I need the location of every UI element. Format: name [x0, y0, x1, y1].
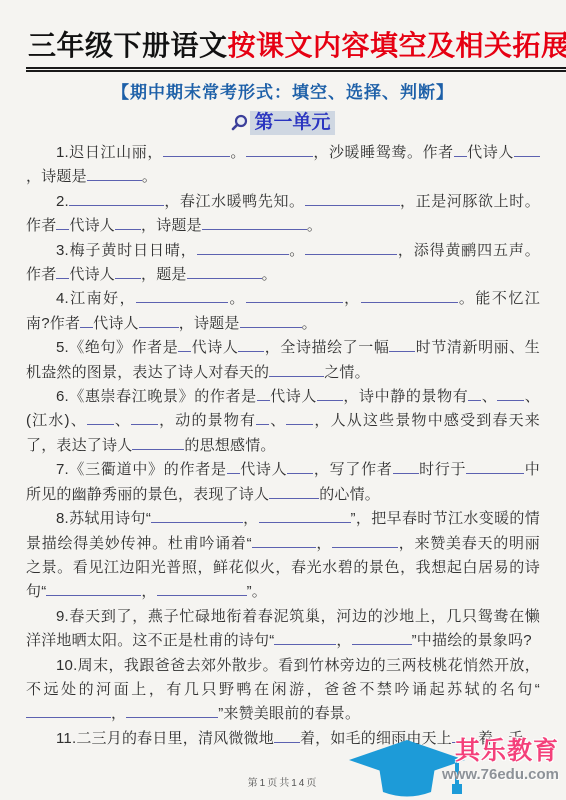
question-text: ，春江水暖鸭先知。	[164, 193, 305, 210]
fill-blank	[352, 631, 412, 645]
question-text: 的思想感情。	[184, 437, 275, 454]
fill-blank	[246, 143, 313, 157]
question-item: 10.周末，我跟爸爸去郊外散步。看到竹林旁边的三两枝桃花悄然开放，不远处的河面上…	[26, 654, 540, 727]
fill-blank	[131, 411, 158, 425]
question-text: ，	[336, 632, 351, 649]
fill-blank	[202, 216, 307, 230]
fill-blank	[389, 338, 415, 352]
fill-blank	[151, 509, 243, 523]
fill-blank	[361, 289, 458, 303]
question-text: 。	[307, 217, 322, 234]
question-text: 2.	[56, 193, 69, 210]
question-item: 7.《三衢道中》的作者是代诗人，写了作者时行于中所见的幽静秀丽的景色，表现了诗人…	[26, 458, 540, 507]
question-text: 。	[262, 266, 277, 283]
fill-blank	[257, 387, 270, 401]
question-item: 5.《绝句》作者是代诗人，全诗描绘了一幅时节清新明丽、生机盎然的图景，表达了诗人…	[26, 336, 540, 385]
title-topic: 按课文内容填空及相关拓展	[228, 30, 566, 61]
magnifier-icon	[231, 114, 248, 131]
question-text: ，诗题是	[26, 168, 87, 185]
fill-blank	[87, 167, 142, 181]
fill-blank	[497, 387, 524, 401]
fill-blank	[269, 485, 319, 499]
fill-blank	[274, 631, 336, 645]
question-text: ，沙暖睡鸳鸯。作者	[313, 144, 454, 161]
question-text: 7.《三衢道中》的作者是	[56, 461, 227, 478]
question-text: 6.《惠崇春江晚景》的作者是	[56, 388, 257, 405]
fill-blank	[227, 460, 240, 474]
fill-blank	[274, 729, 300, 743]
question-text: 8.苏轼用诗句“	[56, 510, 151, 527]
fill-blank	[305, 241, 397, 255]
question-text: 的心情。	[319, 486, 380, 503]
fill-blank	[178, 338, 191, 352]
question-text: ，	[141, 583, 156, 600]
fill-blank	[115, 216, 141, 230]
question-text: 、	[269, 412, 286, 429]
question-item: 8.苏轼用诗句“，”，把早春时节江水变暖的情景描绘得美妙传神。杜甫吟诵着“，，来…	[26, 507, 540, 605]
question-text: 10.周末，我跟爸爸去郊外散步。看到竹林旁边的三两枝桃花悄然开放，不远处的河面上…	[26, 657, 540, 698]
fill-blank	[197, 241, 289, 255]
brand-url: www.76edu.com	[442, 765, 559, 784]
worksheet-page: 三年级下册语文按课文内容填空及相关拓展 【期中期末常考形式：填空、选择、判断】 …	[0, 0, 566, 751]
fill-blank	[317, 387, 343, 401]
question-text: ”中描绘的景象吗?	[412, 632, 532, 649]
question-item: 1.迟日江山丽，。，沙暖睡鸳鸯。作者代诗人，诗题是。	[26, 141, 540, 190]
fill-blank	[287, 460, 313, 474]
question-list: 1.迟日江山丽，。，沙暖睡鸳鸯。作者代诗人，诗题是。2.，春江水暖鸭先知。，正是…	[26, 141, 540, 751]
question-item: 6.《惠崇春江晚景》的作者是代诗人，诗中静的景物有、、(江水)、、，动的景物有、…	[26, 385, 540, 458]
question-text: 。	[142, 168, 157, 185]
fill-blank	[332, 534, 398, 548]
question-text: ”。	[247, 583, 267, 600]
fill-blank	[132, 436, 184, 450]
fill-blank	[269, 363, 324, 377]
unit-label: 第一单元	[250, 111, 334, 135]
question-text: 11.二三月的春日里，清风微微地	[56, 730, 274, 747]
question-text: 代诗人	[93, 315, 139, 332]
question-text: 、	[114, 412, 131, 429]
fill-blank	[393, 460, 419, 474]
fill-blank	[26, 704, 111, 718]
question-text: 代诗人	[270, 388, 317, 405]
question-text: ，诗中静的景物有	[343, 388, 468, 405]
question-text: ，题是	[141, 266, 187, 283]
question-item: 3.梅子黄时日日晴，。，添得黄鹂四五声。作者代诗人，题是。	[26, 239, 540, 288]
watermark-text: 其乐教育 www.76edu.com	[442, 738, 559, 784]
question-item: 4.江南好，。，。能不忆江南?作者代诗人，诗题是。	[26, 287, 540, 336]
fill-blank	[514, 143, 540, 157]
question-text: 代诗人	[69, 217, 115, 234]
question-text: 。	[230, 144, 246, 161]
fill-blank	[136, 289, 228, 303]
question-text: 之情。	[324, 364, 370, 381]
question-text: 5.《绝句》作者是	[56, 339, 178, 356]
fill-blank	[252, 534, 316, 548]
question-text: ，	[343, 290, 361, 307]
question-text: ，诗题是	[179, 315, 240, 332]
question-text: ，写了作者	[313, 461, 392, 478]
fill-blank	[466, 460, 524, 474]
question-text: 。	[302, 315, 317, 332]
fill-blank	[69, 192, 164, 206]
fill-blank	[115, 265, 141, 279]
fill-blank	[468, 387, 481, 401]
question-text: 1.迟日江山丽，	[56, 144, 163, 161]
unit-heading: 第一单元	[26, 107, 540, 134]
fill-blank	[157, 582, 247, 596]
fill-blank	[240, 314, 302, 328]
exam-forms-subtitle: 【期中期末常考形式：填空、选择、判断】	[26, 78, 540, 103]
question-text: 时行于	[419, 461, 467, 478]
question-text: 。	[289, 242, 306, 259]
fill-blank	[454, 143, 467, 157]
question-text: 代诗人	[467, 144, 514, 161]
question-text: 代诗人	[240, 461, 288, 478]
question-text: ，动的景物有	[158, 412, 256, 429]
fill-blank	[163, 143, 230, 157]
fill-blank	[87, 411, 114, 425]
fill-blank	[305, 192, 400, 206]
fill-blank	[46, 582, 141, 596]
fill-blank	[56, 216, 69, 230]
question-text: 、	[481, 388, 497, 405]
question-text: 3.梅子黄时日日晴，	[56, 242, 197, 259]
fill-blank	[256, 411, 269, 425]
question-text: 代诗人	[191, 339, 238, 356]
fill-blank	[126, 704, 218, 718]
fill-blank	[139, 314, 179, 328]
brand-watermark: 其乐教育 www.76edu.com	[349, 738, 561, 800]
question-text: 代诗人	[69, 266, 115, 283]
question-text: ，	[243, 510, 259, 527]
question-text: ，全诗描绘了一幅	[264, 339, 389, 356]
fill-blank	[187, 265, 262, 279]
question-text: ，诗题是	[141, 217, 202, 234]
question-text: 。	[228, 290, 246, 307]
fill-blank	[56, 265, 69, 279]
fill-blank	[286, 411, 313, 425]
question-text: ”来赞美眼前的春景。	[218, 705, 360, 722]
question-item: 9.春天到了，燕子忙碌地衔着春泥筑巢，河边的沙地上，几只鸳鸯在懒洋洋地晒太阳。这…	[26, 605, 540, 654]
question-text: ，	[111, 705, 126, 722]
fill-blank	[259, 509, 351, 523]
fill-blank	[246, 289, 343, 303]
page-title: 三年级下册语文按课文内容填空及相关拓展	[26, 24, 540, 72]
title-grade: 三年级下册语文	[28, 30, 228, 61]
fill-blank	[238, 338, 264, 352]
question-text: 4.江南好，	[56, 290, 136, 307]
brand-name: 其乐教育	[442, 738, 559, 765]
fill-blank	[80, 314, 93, 328]
question-item: 2.，春江水暖鸭先知。，正是河豚欲上时。作者代诗人，诗题是。	[26, 190, 540, 239]
page-title-text: 三年级下册语文按课文内容填空及相关拓展	[26, 24, 566, 72]
question-text: ，	[316, 535, 332, 552]
